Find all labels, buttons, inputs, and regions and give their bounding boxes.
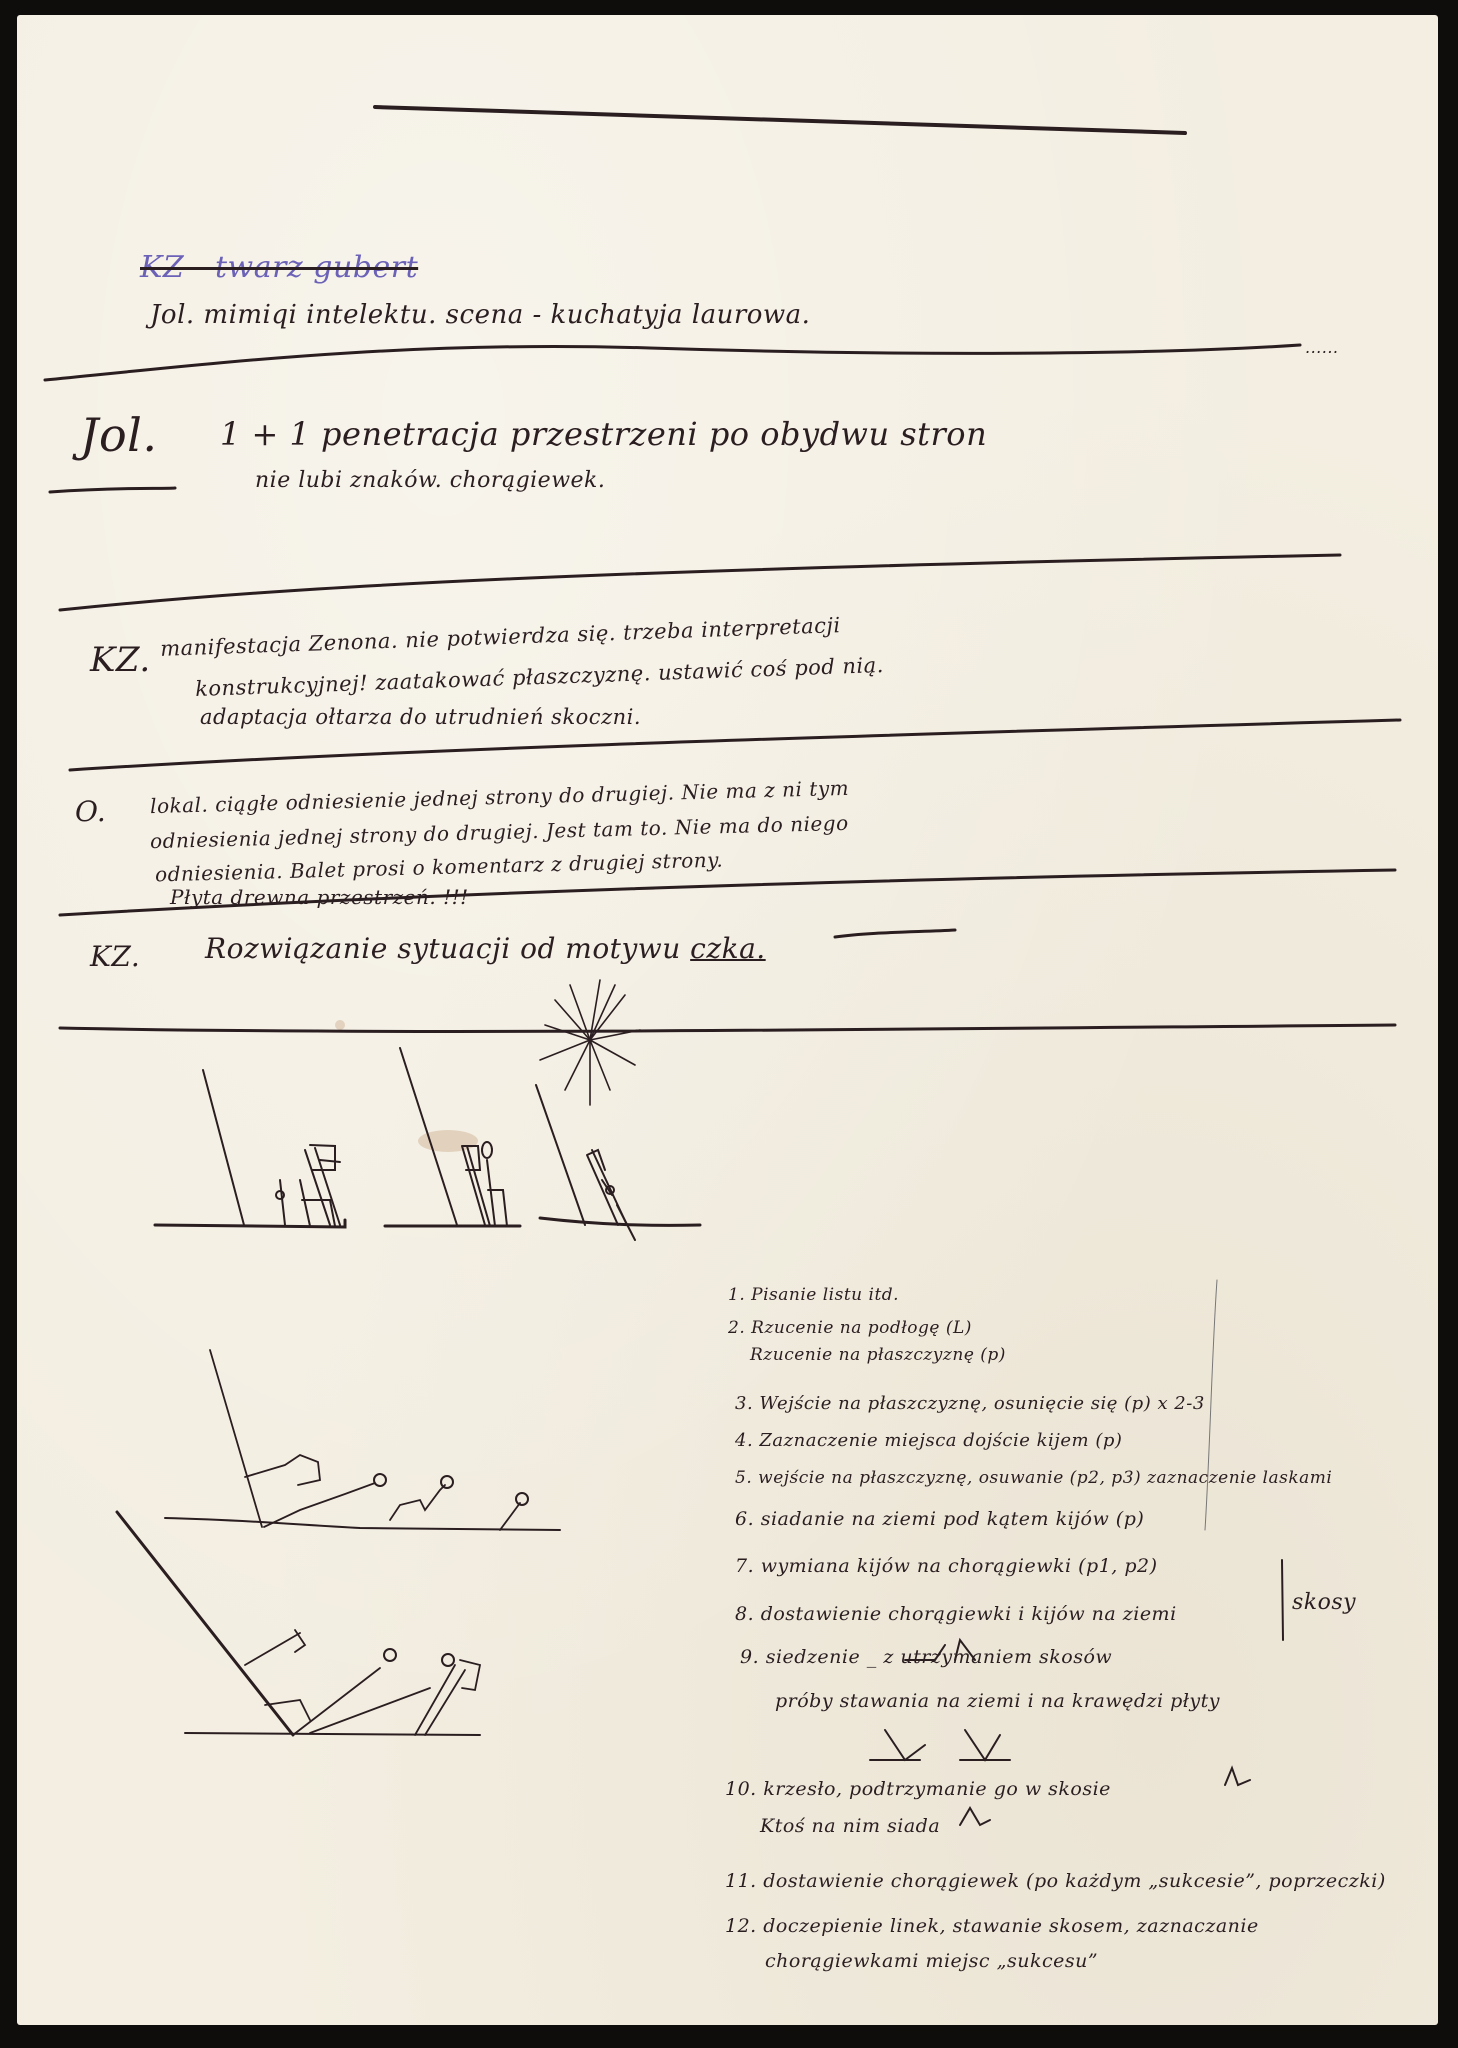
jol-label-2: Jol.	[80, 408, 157, 462]
list-item: 3. Wejście na płaszczyznę, osunięcie się…	[735, 1393, 1205, 1414]
list-item: Ktoś na nim siada	[760, 1815, 940, 1837]
list-item: 10. krzesło, podtrzymanie go w skosie	[725, 1778, 1111, 1800]
jol-2-line-1: 1 + 1 penetracja przestrzeni po obydwu s…	[220, 415, 987, 453]
ink-stain	[335, 1020, 345, 1030]
jol-2-line-2: nie lubi znaków. chorągiewek.	[255, 468, 605, 493]
list-item: 4. Zaznaczenie miejsca dojście kijem (p)	[735, 1430, 1122, 1451]
kz-label-1: KZ.	[90, 640, 151, 680]
list-item: 5. wejście na płaszczyznę, osuwanie (p2,…	[735, 1468, 1332, 1488]
list-item: 8. dostawienie chorągiewki i kijów na zi…	[735, 1603, 1177, 1625]
kz-2-text: Rozwiązanie sytuacji od motywu czka.	[205, 932, 766, 965]
ink-stain	[418, 1130, 478, 1152]
list-item: chorągiewkami miejsc „sukcesu”	[765, 1950, 1098, 1972]
list-item: 2. Rzucenie na podłogę (L)	[728, 1318, 972, 1338]
list-item: 11. dostawienie chorągiewek (po każdym „…	[725, 1870, 1386, 1892]
list-item: 7. wymiana kijów na chorągiewki (p1, p2)	[735, 1555, 1158, 1577]
list-item: Rzucenie na płaszczyznę (p)	[750, 1345, 1006, 1365]
czka-underlined: czka.	[690, 932, 766, 965]
o-line-4: Płyta drewna przestrzeń. !!!	[170, 885, 469, 909]
struck-out-note: KZ - twarz gubert	[140, 250, 418, 285]
kz-1-line-3: adaptacja ołtarza do utrudnień skoczni.	[200, 705, 641, 729]
jol-line-1: Jol. mimiqi intelektu. scena - kuchatyja…	[150, 300, 810, 330]
dotted-end: ......	[1305, 338, 1339, 357]
bracket-label-skosy: skosy	[1292, 1590, 1356, 1615]
list-item: 12. doczepienie linek, stawanie skosem, …	[725, 1915, 1259, 1937]
list-item: próby stawania na ziemi i na krawędzi pł…	[775, 1690, 1220, 1712]
list-item: 1. Pisanie listu itd.	[728, 1285, 899, 1305]
kz-label-2: KZ.	[90, 940, 140, 973]
o-label: O.	[75, 795, 106, 828]
list-item: 9. siedzenie _ z utrzymaniem skosów	[740, 1646, 1112, 1668]
list-item: 6. siadanie na ziemi pod kątem kijów (p)	[735, 1508, 1144, 1530]
